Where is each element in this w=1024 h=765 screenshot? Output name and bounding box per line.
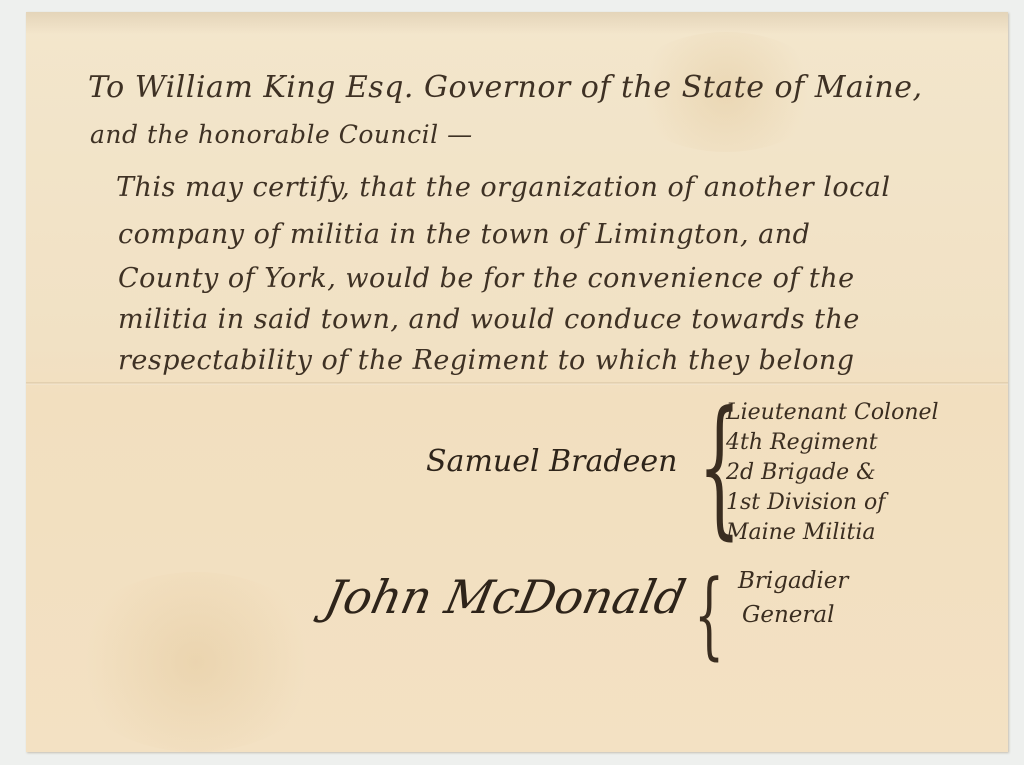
title-regiment: 4th Regiment (726, 430, 878, 455)
fold-crease (26, 382, 1008, 385)
title-division: 1st Division of (726, 490, 885, 515)
signature-john-mcdonald: John McDonald (320, 570, 690, 624)
body-line-5: respectability of the Regiment to which … (118, 345, 855, 376)
address-line-2: and the honorable Council — (90, 120, 473, 149)
body-line-3: County of York, would be for the conveni… (118, 263, 855, 294)
letter-paper: To William King Esq. Governor of the Sta… (26, 12, 1008, 752)
title-brigade: 2d Brigade & (726, 460, 876, 485)
title-brigadier: Brigadier (738, 568, 848, 594)
signature-samuel-bradeen: Samuel Bradeen (426, 444, 677, 479)
title-lieutenant-colonel: Lieutenant Colonel (726, 400, 939, 425)
address-line-1: To William King Esq. Governor of the Sta… (88, 70, 923, 105)
paper-stain (66, 572, 326, 752)
body-line-2: company of militia in the town of Liming… (118, 219, 810, 250)
title-general: General (742, 602, 834, 628)
body-line-4: militia in said town, and would conduce … (118, 304, 860, 335)
body-line-1: This may certify, that the organization … (116, 172, 891, 203)
title-maine-militia: Maine Militia (726, 520, 876, 545)
brace-icon: { (694, 560, 724, 670)
